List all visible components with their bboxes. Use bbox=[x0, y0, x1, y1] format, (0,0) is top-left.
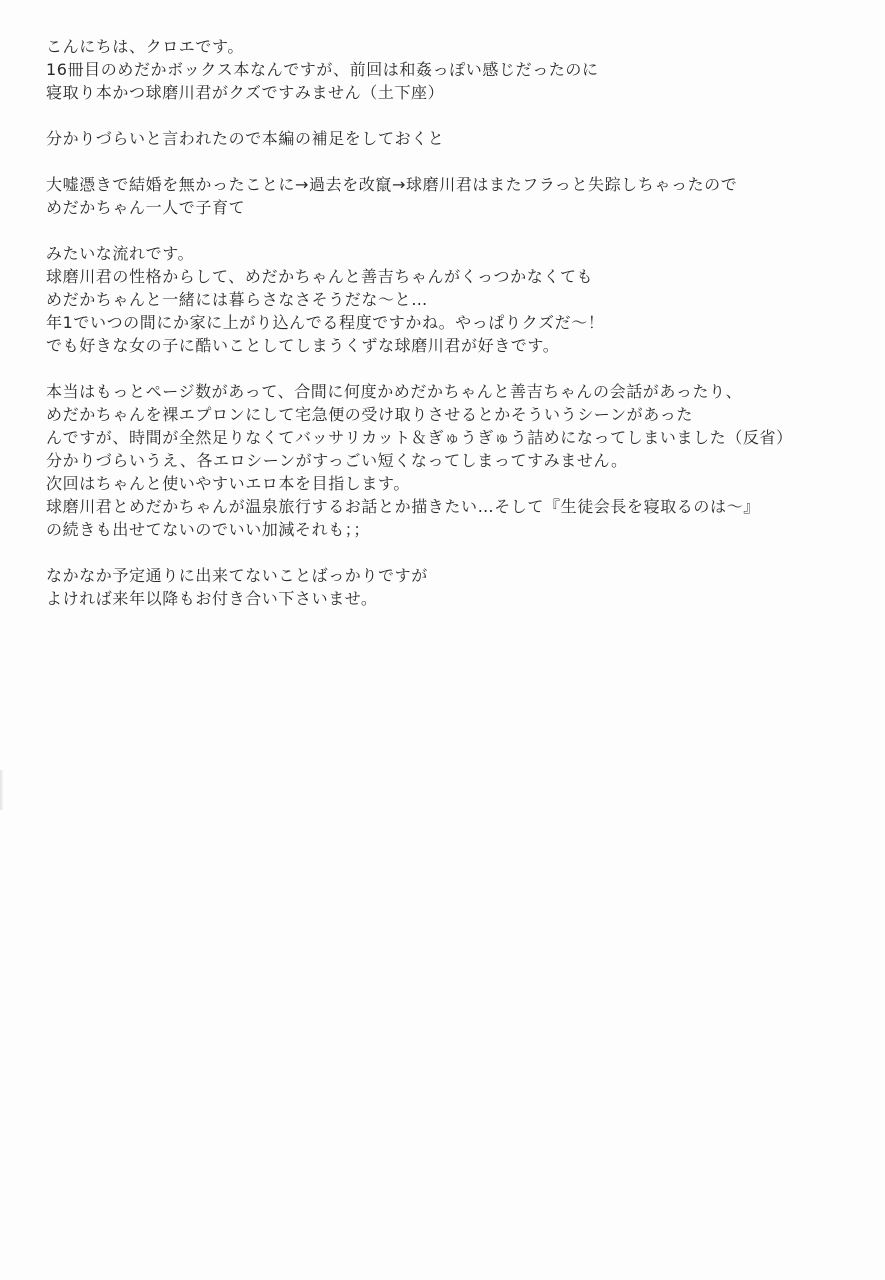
text-line: めだかちゃん一人で子育て bbox=[46, 196, 866, 219]
text-line: 年1でいつの間にか家に上がり込んでる程度ですかね。やっぱりクズだ～！ bbox=[46, 311, 866, 334]
text-line: なかなか予定通りに出来てないことばっかりですが bbox=[46, 564, 866, 587]
text-line: の続きも出せてないのでいい加減それも；； bbox=[46, 518, 866, 541]
text-line: めだかちゃんと一緒には暮らさなさそうだな～と… bbox=[46, 288, 866, 311]
text-line: みたいな流れです。 bbox=[46, 242, 866, 265]
afterword-text: こんにちは、クロエです。 16冊目のめだかボックス本なんですが、前回は和姦っぽい… bbox=[46, 35, 866, 633]
text-line: 分かりづらいうえ、各エロシーンがすっごい短くなってしまってすみません。 bbox=[46, 449, 866, 472]
text-line: 16冊目のめだかボックス本なんですが、前回は和姦っぽい感じだったのに bbox=[46, 58, 866, 81]
text-line: 寝取り本かつ球磨川君がクズですみません（土下座） bbox=[46, 81, 866, 104]
text-line: よければ来年以降もお付き合い下さいませ。 bbox=[46, 587, 866, 610]
text-line: めだかちゃんを裸エプロンにして宅急便の受け取りさせるとかそういうシーンがあった bbox=[46, 403, 866, 426]
text-line: 球磨川君の性格からして、めだかちゃんと善吉ちゃんがくっつかなくても bbox=[46, 265, 866, 288]
text-line: でも好きな女の子に酷いことしてしまうくずな球磨川君が好きです。 bbox=[46, 334, 866, 357]
afterword-page: こんにちは、クロエです。 16冊目のめだかボックス本なんですが、前回は和姦っぽい… bbox=[0, 0, 885, 1280]
text-line: 大嘘憑きで結婚を無かったことに→過去を改竄→球磨川君はまたフラっと失踪しちゃった… bbox=[46, 173, 866, 196]
text-line: 球磨川君とめだかちゃんが温泉旅行するお話とか描きたい…そして『生徒会長を寝取るの… bbox=[46, 495, 866, 518]
text-line: 本当はもっとページ数があって、合間に何度かめだかちゃんと善吉ちゃんの会話があった… bbox=[46, 380, 866, 403]
paragraph-character-notes: みたいな流れです。 球磨川君の性格からして、めだかちゃんと善吉ちゃんがくっつかな… bbox=[46, 242, 866, 357]
text-line: んですが、時間が全然足りなくてバッサリカット＆ぎゅうぎゅう詰めになってしまいまし… bbox=[46, 426, 866, 449]
text-line: こんにちは、クロエです。 bbox=[46, 35, 866, 58]
text-line: 分かりづらいと言われたので本編の補足をしておくと bbox=[46, 127, 866, 150]
paragraph-supplement-intro: 分かりづらいと言われたので本編の補足をしておくと bbox=[46, 127, 866, 150]
paragraph-plot-summary: 大嘘憑きで結婚を無かったことに→過去を改竄→球磨川君はまたフラっと失踪しちゃった… bbox=[46, 173, 866, 219]
text-line: 次回はちゃんと使いやすいエロ本を目指します。 bbox=[46, 472, 866, 495]
paragraph-closing: なかなか予定通りに出来てないことばっかりですが よければ来年以降もお付き合い下さ… bbox=[46, 564, 866, 610]
paragraph-reflection: 本当はもっとページ数があって、合間に何度かめだかちゃんと善吉ちゃんの会話があった… bbox=[46, 380, 866, 541]
scan-edge-mark bbox=[0, 770, 3, 810]
paragraph-greeting: こんにちは、クロエです。 16冊目のめだかボックス本なんですが、前回は和姦っぽい… bbox=[46, 35, 866, 104]
